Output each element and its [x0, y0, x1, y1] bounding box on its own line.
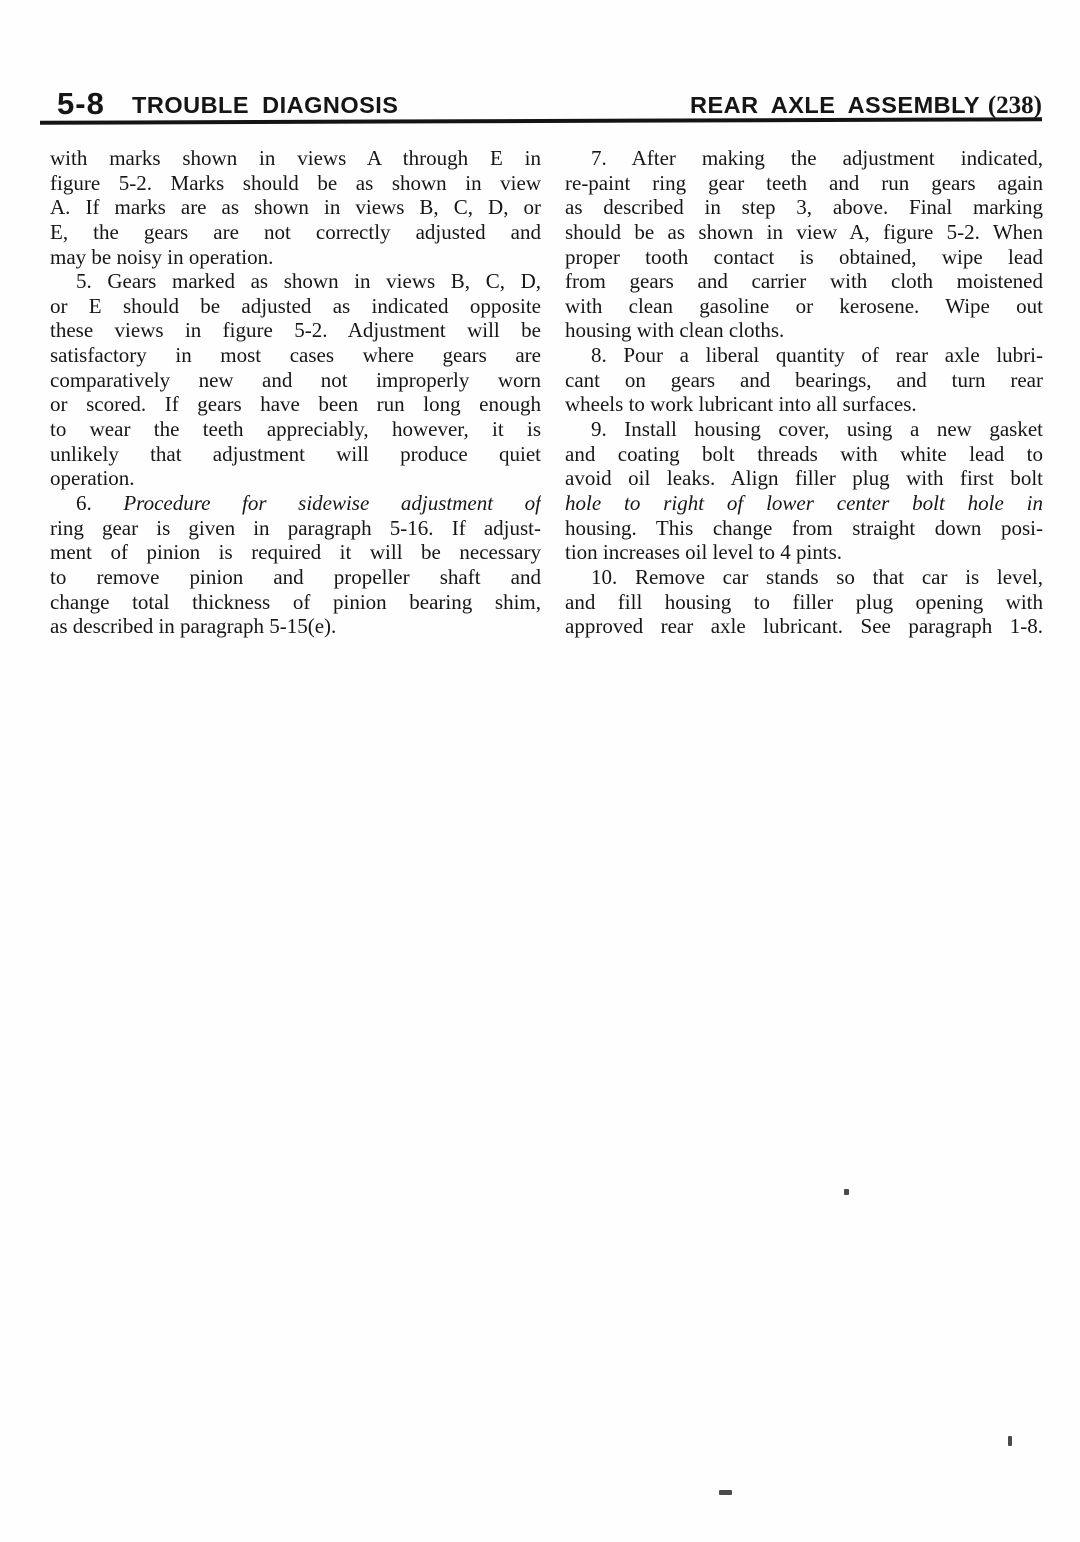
body-text: and fill housing to filler plug opening …: [565, 590, 1043, 614]
text-line: comparatively new and not improperly wor…: [50, 368, 541, 393]
paragraph: 8. Pour a liberal quantity of rear axle …: [565, 343, 1043, 417]
body-text: approved rear axle lubricant. See paragr…: [565, 614, 1043, 638]
text-line: wheels to work lubricant into all surfac…: [565, 392, 1043, 417]
body-text: these views in figure 5-2. Adjustment wi…: [50, 318, 541, 342]
text-line: 10. Remove car stands so that car is lev…: [565, 565, 1043, 590]
text-line: housing. This change from straight down …: [565, 516, 1043, 541]
section-number: 5-8: [57, 88, 105, 119]
text-line: to wear the teeth appreciably, however, …: [50, 417, 541, 442]
page-number: (238): [988, 93, 1042, 118]
body-text: or scored. If gears have been run long e…: [50, 392, 541, 416]
body-text: cant on gears and bearings, and turn rea…: [565, 368, 1043, 392]
body-text: satisfactory in most cases where gears a…: [50, 343, 541, 367]
text-line: with clean gasoline or kerosene. Wipe ou…: [565, 294, 1043, 319]
body-text: may be noisy in operation.: [50, 245, 273, 269]
text-line: ring gear is given in paragraph 5-16. If…: [50, 516, 541, 541]
text-line: 5. Gears marked as shown in views B, C, …: [50, 269, 541, 294]
text-line: 8. Pour a liberal quantity of rear axle …: [565, 343, 1043, 368]
text-line: housing with clean cloths.: [565, 318, 1043, 343]
paragraph: 10. Remove car stands so that car is lev…: [565, 565, 1043, 639]
text-line: may be noisy in operation.: [50, 245, 541, 270]
body-text: housing with clean cloths.: [565, 318, 784, 342]
italic-text: Procedure for sidewise adjustment of: [123, 491, 541, 515]
text-line: proper tooth contact is obtained, wipe l…: [565, 245, 1043, 270]
body-text: wheels to work lubricant into all surfac…: [565, 392, 917, 416]
body-text: unlikely that adjustment will produce qu…: [50, 442, 541, 466]
paragraph: 5. Gears marked as shown in views B, C, …: [50, 269, 541, 491]
body-text: avoid oil leaks. Align filler plug with …: [565, 466, 1043, 490]
text-line: figure 5-2. Marks should be as shown in …: [50, 171, 541, 196]
body-text: 6.: [76, 491, 123, 515]
body-text: to remove pinion and propeller shaft and: [50, 565, 541, 589]
text-line: re-paint ring gear teeth and run gears a…: [565, 171, 1043, 196]
text-line: tion increases oil level to 4 pints.: [565, 540, 1043, 565]
text-line: approved rear axle lubricant. See paragr…: [565, 614, 1043, 639]
body-text: to wear the teeth appreciably, however, …: [50, 417, 541, 441]
text-line: should be as shown in view A, figure 5-2…: [565, 220, 1043, 245]
right-column: 7. After making the adjustment indicated…: [565, 146, 1043, 639]
text-line: these views in figure 5-2. Adjustment wi…: [50, 318, 541, 343]
text-line: change total thickness of pinion bearing…: [50, 590, 541, 615]
body-text: should be as shown in view A, figure 5-2…: [565, 220, 1043, 244]
paragraph: 6. Procedure for sidewise adjustment ofr…: [50, 491, 541, 639]
paragraph: with marks shown in views A through E in…: [50, 146, 541, 269]
body-text: comparatively new and not improperly wor…: [50, 368, 541, 392]
text-line: as described in step 3, above. Final mar…: [565, 195, 1043, 220]
body-text: 10. Remove car stands so that car is lev…: [591, 565, 1043, 589]
body-text: A. If marks are as shown in views B, C, …: [50, 195, 541, 219]
body-text: from gears and carrier with cloth moiste…: [565, 269, 1043, 293]
body-text: or E should be adjusted as indicated opp…: [50, 294, 541, 318]
text-line: ment of pinion is required it will be ne…: [50, 540, 541, 565]
text-line: and coating bolt threads with white lead…: [565, 442, 1043, 467]
paragraph: 9. Install housing cover, using a new ga…: [565, 417, 1043, 565]
italic-text: hole to right of lower center bolt hole …: [565, 491, 1043, 515]
body-text: 9. Install housing cover, using a new ga…: [591, 417, 1043, 441]
body-text: proper tooth contact is obtained, wipe l…: [565, 245, 1043, 269]
text-line: unlikely that adjustment will produce qu…: [50, 442, 541, 467]
body-text: ment of pinion is required it will be ne…: [50, 540, 541, 564]
scan-artifact: [719, 1490, 732, 1495]
text-line: with marks shown in views A through E in: [50, 146, 541, 171]
text-line: satisfactory in most cases where gears a…: [50, 343, 541, 368]
text-line: avoid oil leaks. Align filler plug with …: [565, 466, 1043, 491]
text-line: 6. Procedure for sidewise adjustment of: [50, 491, 541, 516]
text-line: A. If marks are as shown in views B, C, …: [50, 195, 541, 220]
header-left-title: TROUBLE DIAGNOSIS: [132, 94, 398, 118]
scan-artifact: [844, 1189, 849, 1195]
body-text: housing. This change from straight down …: [565, 516, 1043, 540]
body-text: re-paint ring gear teeth and run gears a…: [565, 171, 1043, 195]
body-text: with clean gasoline or kerosene. Wipe ou…: [565, 294, 1043, 318]
left-column: with marks shown in views A through E in…: [50, 146, 541, 639]
paragraph: 7. After making the adjustment indicated…: [565, 146, 1043, 343]
text-line: to remove pinion and propeller shaft and: [50, 565, 541, 590]
body-text: tion increases oil level to 4 pints.: [565, 540, 842, 564]
body-text: 8. Pour a liberal quantity of rear axle …: [591, 343, 1043, 367]
text-line: hole to right of lower center bolt hole …: [565, 491, 1043, 516]
manual-page: 5-8 TROUBLE DIAGNOSIS REAR AXLE ASSEMBLY…: [0, 0, 1080, 1542]
header-right-title: REAR AXLE ASSEMBLY: [690, 94, 980, 118]
body-text: as described in step 3, above. Final mar…: [565, 195, 1043, 219]
text-line: from gears and carrier with cloth moiste…: [565, 269, 1043, 294]
text-line: and fill housing to filler plug opening …: [565, 590, 1043, 615]
body-text: change total thickness of pinion bearing…: [50, 590, 541, 614]
text-line: 7. After making the adjustment indicated…: [565, 146, 1043, 171]
body-text: operation.: [50, 466, 135, 490]
text-line: or E should be adjusted as indicated opp…: [50, 294, 541, 319]
page-header: 5-8 TROUBLE DIAGNOSIS REAR AXLE ASSEMBLY…: [40, 0, 1042, 119]
body-text: 7. After making the adjustment indicated…: [591, 146, 1043, 170]
text-line: or scored. If gears have been run long e…: [50, 392, 541, 417]
body-text: E, the gears are not correctly adjusted …: [50, 220, 541, 244]
body-text: figure 5-2. Marks should be as shown in …: [50, 171, 541, 195]
body-text: as described in paragraph 5-15(e).: [50, 614, 336, 638]
body-text: with marks shown in views A through E in: [50, 146, 541, 170]
body-text: and coating bolt threads with white lead…: [565, 442, 1043, 466]
scan-artifact: [1008, 1436, 1012, 1446]
body-text: 5. Gears marked as shown in views B, C, …: [76, 269, 541, 293]
body-text: ring gear is given in paragraph 5-16. If…: [50, 516, 541, 540]
text-line: 9. Install housing cover, using a new ga…: [565, 417, 1043, 442]
text-line: cant on gears and bearings, and turn rea…: [565, 368, 1043, 393]
text-line: E, the gears are not correctly adjusted …: [50, 220, 541, 245]
text-line: operation.: [50, 466, 541, 491]
text-line: as described in paragraph 5-15(e).: [50, 614, 541, 639]
